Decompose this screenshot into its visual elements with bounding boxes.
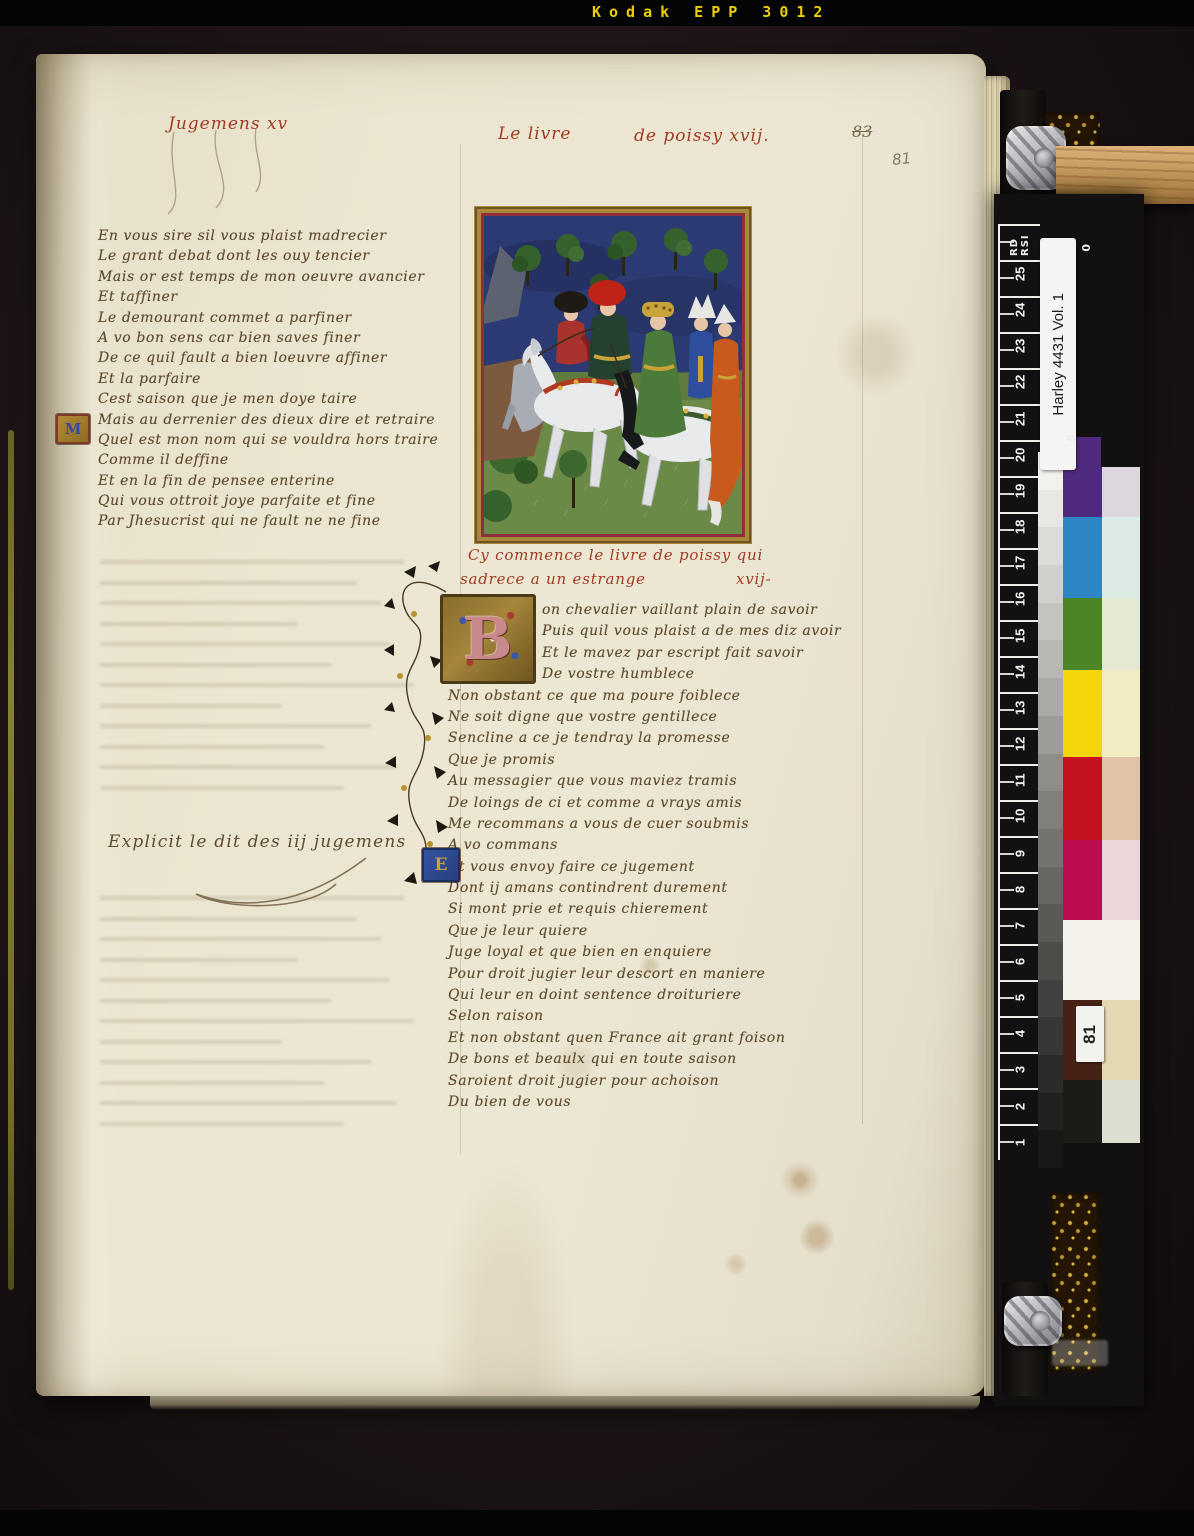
ruler-number: 23 <box>1000 328 1040 364</box>
ruler-number: 24 <box>1000 292 1040 328</box>
photographed-manuscript-scene: Kodak EPP 3012 Jugemens xv Le livre de p… <box>0 0 1194 1536</box>
metal-clip-bottom <box>1004 1296 1062 1346</box>
grayscale-step <box>1038 678 1063 716</box>
ruler: RD RSI 252423222120191817161514131211109… <box>998 224 1040 1160</box>
verse-line: Selon raison <box>448 1006 888 1027</box>
verse-line: Mais or est temps de mon oeuvre avancier <box>98 267 478 287</box>
explicit-flourish <box>186 854 386 914</box>
ruler-number: 10 <box>1000 798 1040 834</box>
color-patch-red <box>1063 757 1102 840</box>
ruler-number: 19 <box>1000 473 1040 509</box>
miniature-painting <box>474 206 752 544</box>
verse-line: Et la parfaire <box>98 369 478 389</box>
showthrough-line <box>100 663 331 667</box>
grayscale-step <box>1038 565 1063 603</box>
color-patch-green-tint <box>1102 598 1141 670</box>
patch-notch-mask <box>1101 437 1140 467</box>
left-text-column: En vous sire sil vous plaist madrecierLe… <box>98 226 478 532</box>
showthrough-line <box>100 622 298 626</box>
grayscale-mark-0: 0 <box>1080 244 1093 252</box>
color-patch-yellow-tint <box>1102 670 1141 757</box>
verse-line: Cest saison que je men doye taire <box>98 389 478 409</box>
verse-line: Comme il deffine <box>98 450 478 470</box>
showthrough-line <box>100 1122 344 1126</box>
color-patch-brown-tint <box>1102 1000 1141 1080</box>
grayscale-step <box>1038 490 1063 528</box>
folio-sticker: 81 <box>1076 1006 1104 1062</box>
grayscale-step <box>1038 640 1063 678</box>
ruler-number: 4 <box>1000 1015 1040 1051</box>
ruler-number: 8 <box>1000 871 1040 907</box>
showthrough-line <box>100 642 390 646</box>
film-strip-bottom <box>0 1510 1194 1536</box>
showthrough-text-upper <box>100 560 430 806</box>
pencil-folio-number: 81 <box>891 149 912 169</box>
verse-line: Le grant debat dont les ouy tencier <box>98 246 478 266</box>
verse-line: Quel est mon nom qui se vouldra hors tra… <box>98 430 478 450</box>
film-edge-label: Kodak EPP 3012 <box>592 3 830 21</box>
color-patch-yellow <box>1063 670 1102 757</box>
header-pen-flourish <box>156 128 376 218</box>
patch-row-red <box>1063 757 1140 840</box>
showthrough-line <box>100 1101 397 1105</box>
ruler-number: 25 <box>1000 256 1040 292</box>
grayscale-step <box>1038 754 1063 792</box>
grayscale-step <box>1038 867 1063 905</box>
patch-row-white <box>1063 920 1140 1000</box>
patch-row-blue <box>1063 517 1140 598</box>
showthrough-text-lower <box>100 896 430 1142</box>
verse-line: Au messagier que vous maviez tramis <box>448 771 888 792</box>
ruler-number: 3 <box>1000 1051 1040 1087</box>
underlying-leaf-edge <box>8 430 14 1290</box>
grayscale-step <box>1038 1130 1063 1168</box>
ruler-scale: 2524232221201918171615141312111098765432… <box>1000 256 1040 1160</box>
film-strip-top: Kodak EPP 3012 <box>0 0 1194 26</box>
verse-line: Le demourant commet a parfiner <box>98 308 478 328</box>
verse-line: Pour droit jugier leur descort en manier… <box>448 964 888 985</box>
ruler-number: 7 <box>1000 907 1040 943</box>
color-patch-green <box>1063 598 1102 670</box>
color-patch-white-tint <box>1102 920 1141 1000</box>
running-title-right: de poissy xvij. <box>634 126 770 146</box>
verse-line: Ne soit digne que vostre gentillece <box>448 707 888 728</box>
patch-row-yellow <box>1063 670 1140 757</box>
showthrough-line <box>100 724 371 728</box>
verse-line: Et non obstant quen France ait grant foi… <box>448 1028 888 1049</box>
grayscale-step <box>1038 791 1063 829</box>
verse-line: Par Jhesucrist qui ne fault ne ne fine <box>98 511 478 531</box>
color-patch-white <box>1063 920 1102 1000</box>
grayscale-step <box>1038 603 1063 641</box>
ruler-number: 12 <box>1000 726 1040 762</box>
explicit-line: Explicit le dit des iij jugemens <box>108 832 406 852</box>
grayscale-wedge <box>1038 452 1063 1168</box>
verse-line: En vous sire sil vous plaist madrecier <box>98 226 478 246</box>
showthrough-line <box>100 786 344 790</box>
ruler-number: 20 <box>1000 437 1040 473</box>
running-title-center: Le livre <box>498 124 571 144</box>
right-text-column: on chevalier vaillant plain de savoirPui… <box>448 600 888 1113</box>
verse-line: Juge loyal et que bien en enquiere <box>448 942 888 963</box>
verse-line: Qui leur en doint sentence droituriere <box>448 985 888 1006</box>
color-patch-magenta <box>1063 840 1102 920</box>
showthrough-line <box>100 560 404 564</box>
grayscale-step <box>1038 942 1063 980</box>
tape-reflection <box>1052 1340 1108 1366</box>
grayscale-step <box>1038 829 1063 867</box>
manuscript-page: Jugemens xv Le livre de poissy xvij. 83 … <box>36 54 986 1396</box>
showthrough-line <box>100 1081 324 1085</box>
grayscale-step <box>1038 716 1063 754</box>
showthrough-line <box>100 1060 371 1064</box>
grayscale-step <box>1038 1017 1063 1055</box>
verse-line: Du bien de vous <box>448 1092 888 1113</box>
verse-line: A vo commans <box>448 835 888 856</box>
ruler-number: 1 <box>1000 1124 1040 1160</box>
verse-line: Sencline a ce je tendray la promesse <box>448 728 888 749</box>
old-folio-number: 83 <box>852 122 872 141</box>
verse-line: Et en la fin de pensee enterine <box>98 471 478 491</box>
grayscale-mark-b: B <box>1064 434 1077 442</box>
showthrough-line <box>100 704 282 708</box>
grayscale-step <box>1038 980 1063 1018</box>
leaf-bottom-edges <box>150 1396 980 1410</box>
verse-line: De loings de ci et comme a vrays amis <box>448 793 888 814</box>
verse-line: Saroient droit jugier pour achoison <box>448 1071 888 1092</box>
verse-line: Non obstant ce que ma poure foiblece <box>448 686 888 707</box>
patch-row-green <box>1063 598 1140 670</box>
ruler-number: 2 <box>1000 1088 1040 1124</box>
verse-line: Que je leur quiere <box>448 921 888 942</box>
showthrough-line <box>100 601 381 605</box>
ruler-number: 5 <box>1000 979 1040 1015</box>
verse-line: Me recommans a vous de cuer soubmis <box>448 814 888 835</box>
ruler-number: 6 <box>1000 943 1040 979</box>
ruler-number: 16 <box>1000 581 1040 617</box>
showthrough-line <box>100 999 331 1003</box>
verse-line: Mais au derrenier des dieux dire et retr… <box>98 410 478 430</box>
color-patch-blue-tint <box>1102 517 1141 598</box>
color-patch-magenta-tint <box>1102 840 1141 920</box>
rubric-chapter-number: xvij- <box>736 570 771 588</box>
color-patch-red-tint <box>1102 757 1141 840</box>
color-patch-black <box>1063 1080 1102 1143</box>
ruler-number: 22 <box>1000 364 1040 400</box>
ruler-number: 13 <box>1000 690 1040 726</box>
color-patch-blue <box>1063 517 1102 598</box>
ruler-number: 21 <box>1000 401 1040 437</box>
verse-line: Et vous envoy faire ce jugement <box>448 857 888 878</box>
showthrough-line <box>100 1040 282 1044</box>
dropcap-spacer <box>448 600 542 684</box>
verse-line: Et taffiner <box>98 287 478 307</box>
verse-line: A vo bon sens car bien saves finer <box>98 328 478 348</box>
showthrough-line <box>100 745 324 749</box>
verse-line: Que je promis <box>448 750 888 771</box>
grayscale-step <box>1038 1055 1063 1093</box>
champ-initial-e: E <box>422 848 460 882</box>
showthrough-line <box>100 917 357 921</box>
verse-line: Qui vous ottroit joye parfaite et fine <box>98 491 478 511</box>
grayscale-step <box>1038 904 1063 942</box>
rubric-line-2: sadrece a un estrange <box>460 570 646 588</box>
color-patch-black-tint <box>1102 1080 1141 1143</box>
verse-line: Dont ij amans contindrent durement <box>448 878 888 899</box>
ruler-number: 14 <box>1000 654 1040 690</box>
verse-line: Si mont prie et requis chierement <box>448 899 888 920</box>
patch-row-black <box>1063 1080 1140 1143</box>
ruler-number: 18 <box>1000 509 1040 545</box>
verse-line: De ce quil fault a bien loeuvre affiner <box>98 348 478 368</box>
rubric-line-1: Cy commence le livre de poissy qui <box>468 546 763 564</box>
showthrough-line <box>100 978 390 982</box>
grayscale-step <box>1038 527 1063 565</box>
ruler-number: 15 <box>1000 618 1040 654</box>
showthrough-line <box>100 937 381 941</box>
showthrough-line <box>100 1019 414 1023</box>
champ-initial-m: M <box>56 414 90 444</box>
verse-line: De bons et beaulx qui en toute saison <box>448 1049 888 1070</box>
showthrough-line <box>100 765 397 769</box>
patch-row-magenta <box>1063 840 1140 920</box>
ruler-top-text: RD RSI <box>1000 224 1040 256</box>
ruler-number: 17 <box>1000 545 1040 581</box>
showthrough-line <box>100 683 414 687</box>
ruler-number: 11 <box>1000 762 1040 798</box>
showthrough-line <box>100 581 357 585</box>
showthrough-line <box>100 958 298 962</box>
ruler-number: 9 <box>1000 835 1040 871</box>
grayscale-step <box>1038 1093 1063 1131</box>
